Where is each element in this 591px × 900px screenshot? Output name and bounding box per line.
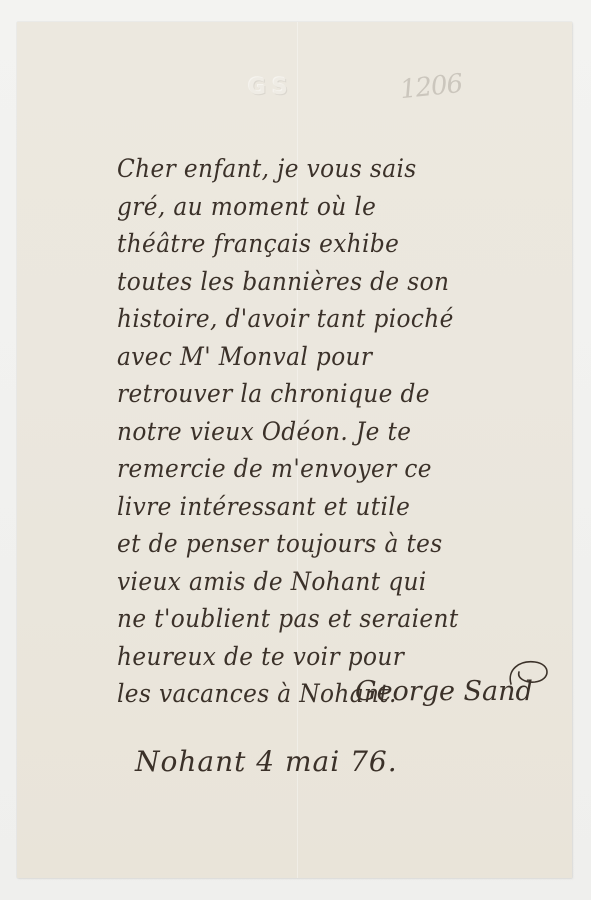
letter-line: Cher enfant, je vous sais bbox=[117, 150, 526, 188]
letter-line: gré, au moment où le bbox=[117, 188, 526, 226]
letter-line: livre intéressant et utile bbox=[117, 488, 526, 526]
letter-body: Cher enfant, je vous sais gré, au moment… bbox=[117, 150, 557, 713]
letter-line: histoire, d'avoir tant pioché bbox=[117, 300, 526, 338]
letter-line: retrouver la chronique de bbox=[117, 375, 526, 413]
letter-line: vieux amis de Nohant qui bbox=[117, 563, 526, 601]
letter-line: avec M' Monval pour bbox=[117, 338, 526, 376]
letter-line: ne t'oublient pas et seraient bbox=[117, 600, 526, 638]
signature: George Sand bbox=[355, 676, 533, 707]
letter-line: notre vieux Odéon. Je te bbox=[117, 413, 526, 451]
letter-line: toutes les bannières de son bbox=[117, 263, 526, 301]
dateline: Nohant 4 mai 76. bbox=[135, 745, 398, 778]
letter-line: théâtre français exhibe bbox=[117, 225, 526, 263]
letter-line: remercie de m'envoyer ce bbox=[117, 450, 526, 488]
letter-line: heureux de te voir pour bbox=[117, 638, 526, 676]
letter-line: et de penser toujours à tes bbox=[117, 525, 526, 563]
embossed-monogram: GS bbox=[248, 75, 294, 100]
